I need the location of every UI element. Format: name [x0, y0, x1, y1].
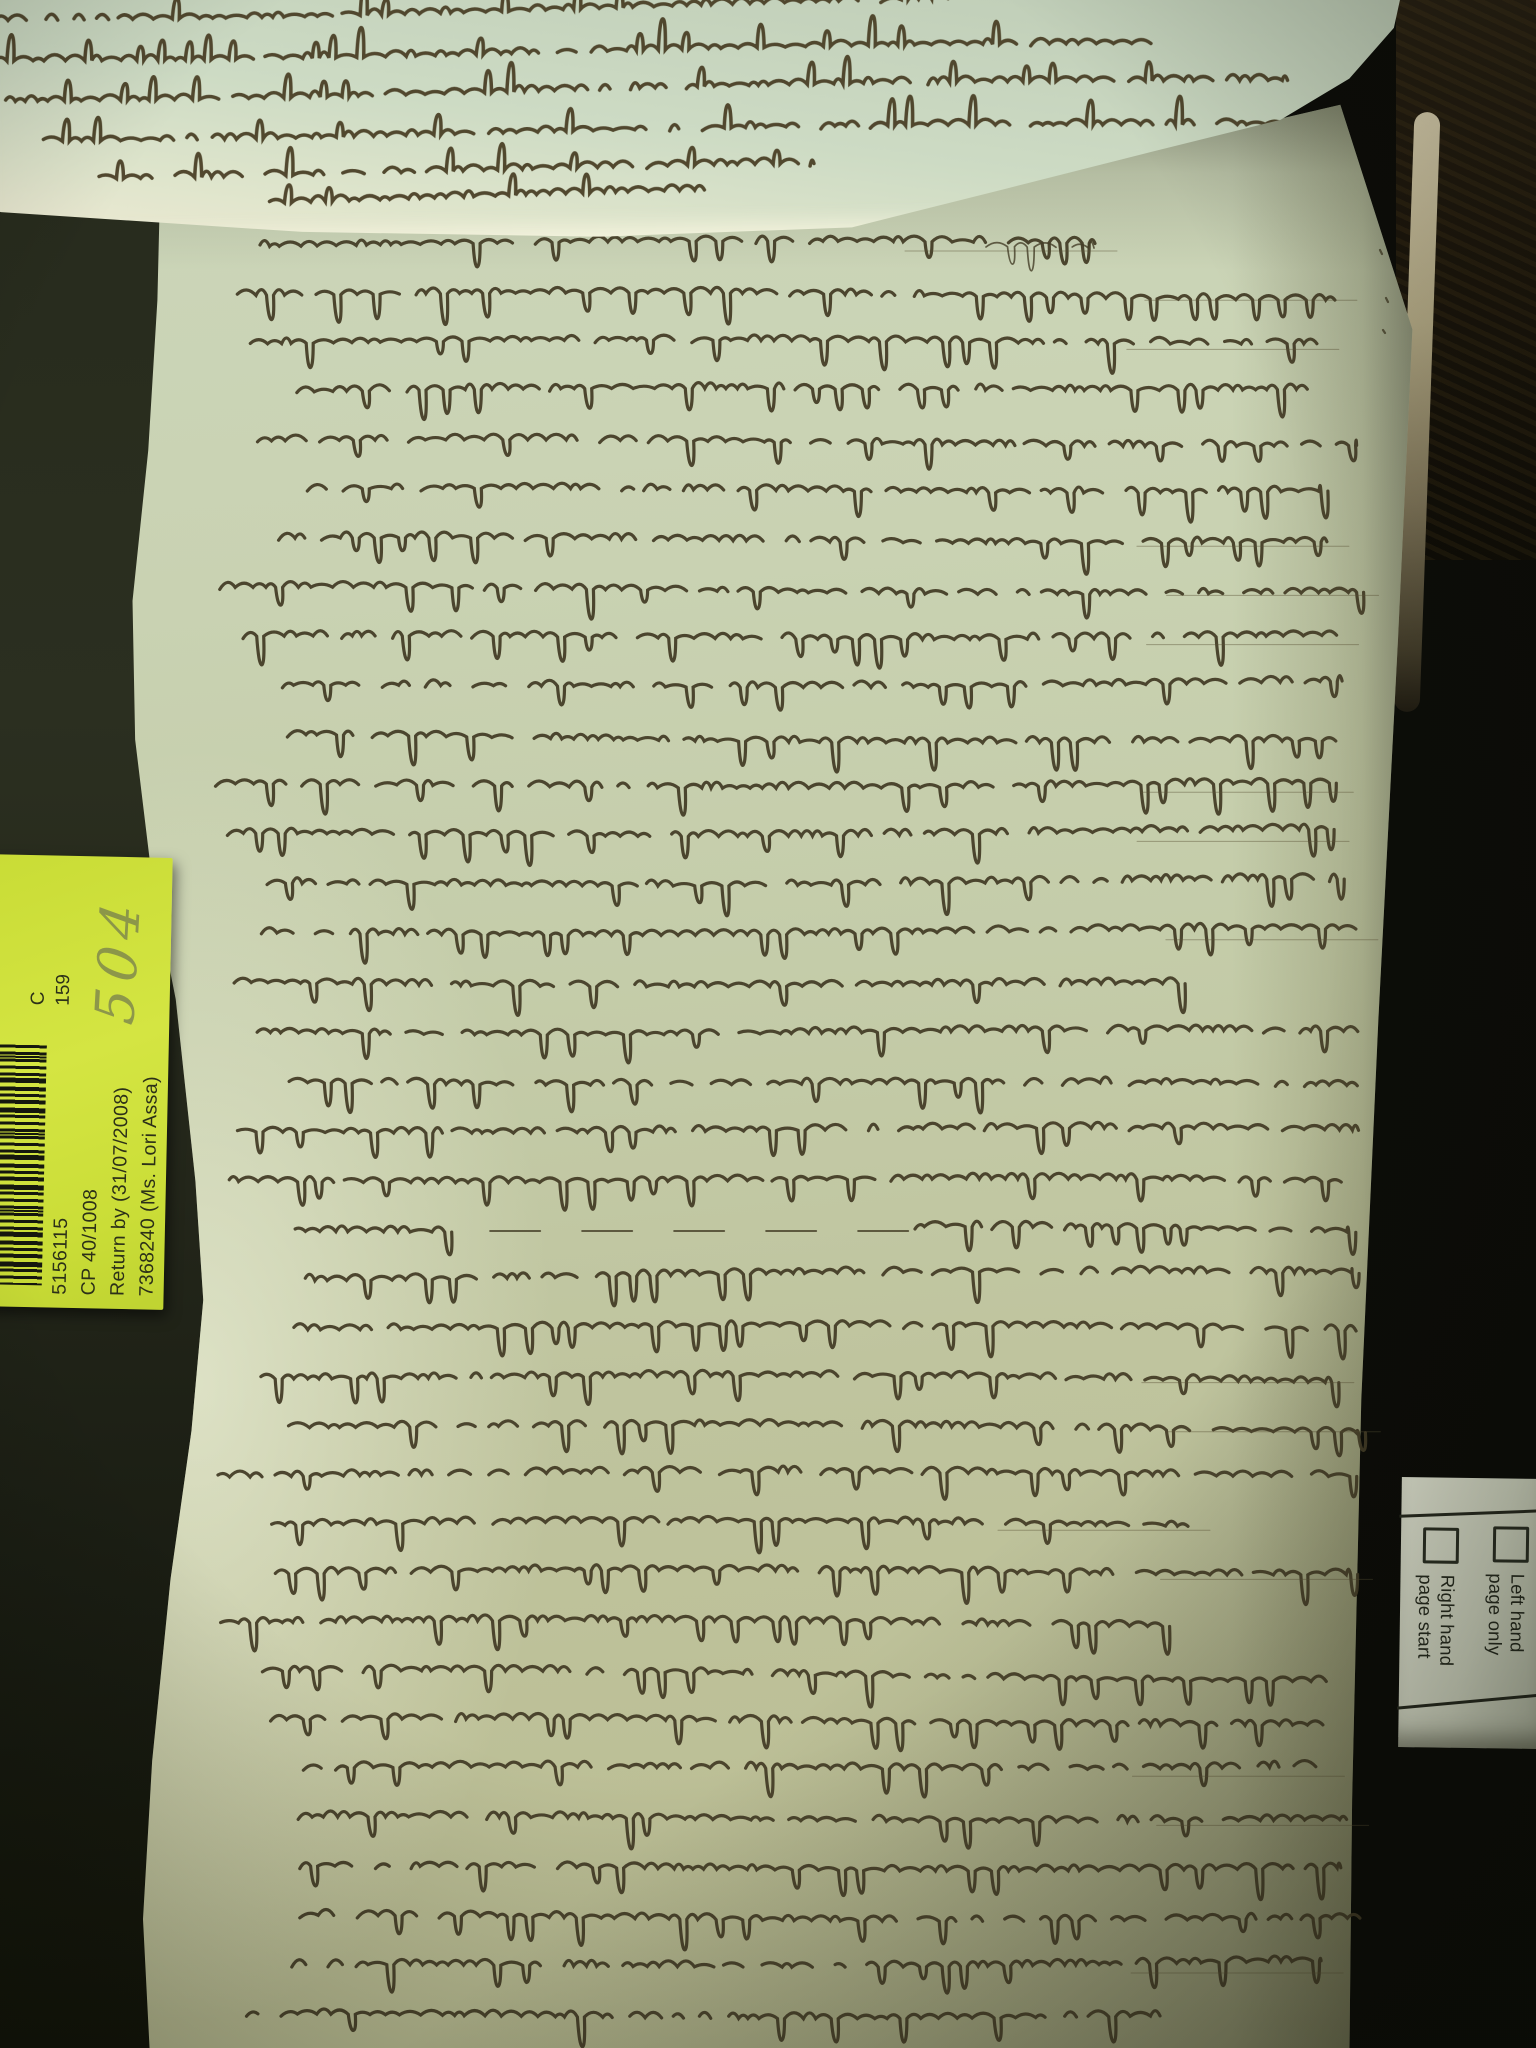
barcode	[0, 1044, 47, 1285]
photo-canvas: C 159 504 5156115 CP 40/1008 Return by (…	[0, 0, 1536, 2048]
label-text-block: 5156115 CP 40/1008 Return by (31/07/2008…	[46, 875, 171, 1297]
tab-item-right-hand-page-start: Right hand page start	[1413, 1527, 1459, 1728]
membrane-right-shadow	[105, 95, 1415, 2048]
tab-item-left-hand-page-only: Left hand page only	[1483, 1526, 1529, 1727]
tab-item-label: Right hand page start	[1413, 1574, 1458, 1681]
tab-top-rule	[1399, 1509, 1536, 1518]
parchment-membrane	[105, 95, 1415, 2048]
checkbox-left-hand-page-only	[1493, 1526, 1529, 1562]
label-shelf-line: C	[26, 865, 54, 1005]
tab-item-label: Left hand page only	[1483, 1573, 1528, 1680]
archive-label: C 159 504 5156115 CP 40/1008 Return by (…	[0, 854, 173, 1310]
membrane-left-highlight	[105, 95, 1415, 2048]
page-marker-tab: Left hand page only Right hand page star…	[1398, 1477, 1536, 1749]
membrane-top-shadow	[105, 95, 1415, 2048]
membrane-corner-shadow	[105, 95, 1415, 2048]
checkbox-right-hand-page-start	[1423, 1527, 1459, 1563]
book-cover-leather	[1396, 0, 1536, 560]
